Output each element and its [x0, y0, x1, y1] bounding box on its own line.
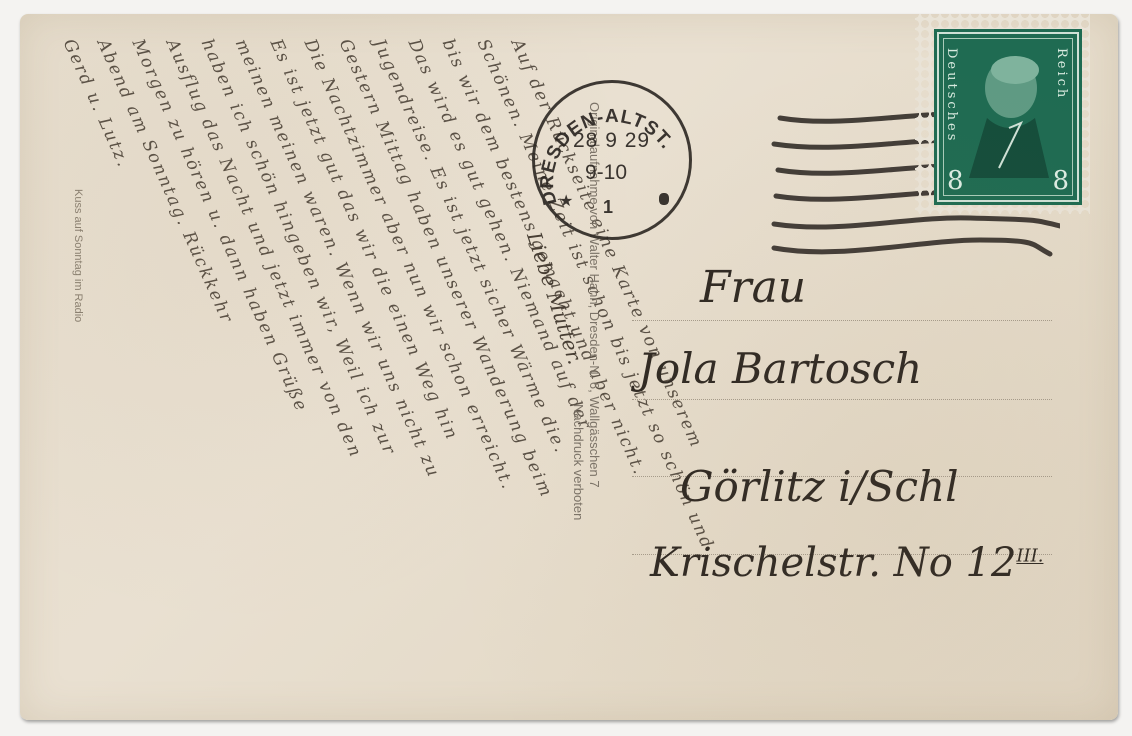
stamp-value-left: 8	[947, 166, 964, 196]
address-city: Görlitz i/Schl	[680, 462, 959, 511]
portrait-icon	[969, 48, 1049, 178]
margin-note: Kuss auf Sonntag im Radio	[72, 189, 84, 322]
stamp-country-left: Deutsches	[944, 48, 959, 143]
address-name: Jola Bartosch	[638, 344, 922, 393]
postmark-dot	[659, 193, 669, 205]
postcard: Auf der Rückseite eine Karte von unserem…	[20, 14, 1118, 720]
address-salutation: Frau	[700, 262, 806, 313]
address-floor: III.	[1016, 546, 1043, 567]
reprint-notice: Nachdruck verboten	[571, 404, 586, 520]
postmark-date: 28 9 29	[573, 129, 650, 153]
address-street: Krischelstr. No 12III.	[650, 540, 1043, 586]
postmark-office-number: 1	[603, 197, 613, 218]
address-line-2	[632, 399, 1052, 400]
address-line-1	[632, 320, 1052, 321]
postage-stamp: Deutsches Reich 8 8	[937, 32, 1079, 202]
star-icon: ★	[559, 191, 573, 211]
address-street-text: Krischelstr. No 12	[650, 540, 1016, 586]
stamp-country-right: Reich	[1054, 48, 1069, 100]
stamp-value-right: 8	[1052, 166, 1069, 196]
postmark: DRESDEN-ALTST. 28 9 29 9-10 ★ 1	[532, 80, 692, 240]
handwritten-message: Auf der Rückseite eine Karte von unserem…	[20, 14, 540, 720]
postmark-time: 9-10	[585, 161, 627, 185]
